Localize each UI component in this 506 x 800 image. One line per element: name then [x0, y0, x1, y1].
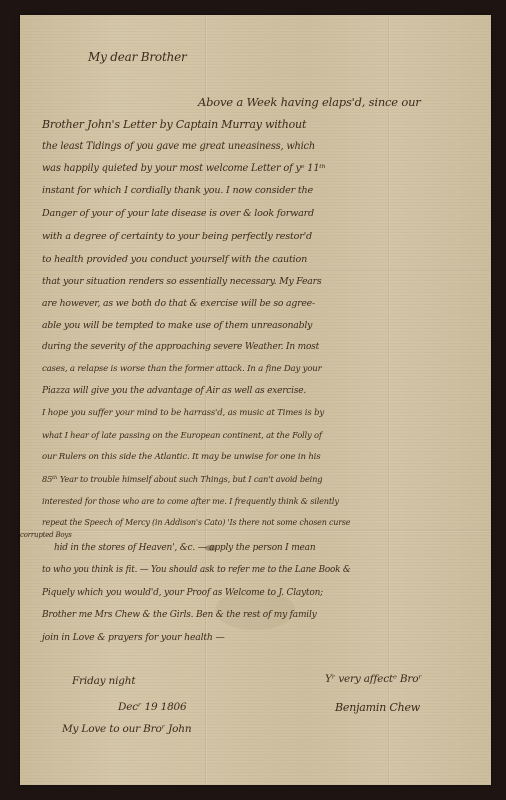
marginal-note: corrupted Boys [20, 531, 72, 539]
fold-line-vertical-2 [388, 15, 390, 785]
body-line: 85ᵗʰ Year to trouble himself about such … [42, 474, 322, 484]
body-line: interested for those who are to come aft… [42, 496, 339, 506]
dateline-date: Decʳ 19 1806 [118, 701, 187, 713]
fold-line-horizontal-2 [20, 530, 491, 532]
body-line: Brother me Mrs Chew & the Girls. Ben & t… [42, 610, 317, 620]
body-line: our Rulers on this side the Atlantic. It… [42, 452, 320, 462]
body-line: was happily quieted by your most welcome… [42, 163, 326, 174]
body-line: instant for which I cordially thank you.… [42, 185, 313, 196]
body-line: Piquely which you would'd, your Proof as… [42, 588, 323, 598]
body-line: what I hear of late passing on the Europ… [42, 430, 322, 440]
body-line: I hope you suffer your mind to be harras… [42, 408, 324, 418]
body-line: Piazza will give you the advantage of Ai… [42, 386, 306, 396]
dateline-day: Friday night [72, 675, 135, 687]
body-line: that your situation renders so essential… [42, 276, 321, 287]
fold-line-horizontal-1 [20, 270, 491, 272]
salutation: My dear Brother [88, 50, 187, 64]
body-line: to who you think is fit. — You should as… [42, 565, 350, 575]
body-line: are however, as we both do that & exerci… [42, 298, 315, 309]
body-line: able you will be tempted to make use of … [42, 320, 312, 331]
body-line: Danger of your of your late disease is o… [42, 208, 314, 219]
body-line: the least Tidings of you gave me great u… [42, 141, 315, 152]
postscript: My Love to our Broʳ John [62, 723, 191, 735]
body-line: Above a Week having elaps'd, since our [198, 95, 421, 109]
body-line: Brother John's Letter by Captain Murray … [42, 118, 306, 131]
signature: Benjamin Chew [335, 701, 420, 714]
body-line: with a degree of certainty to your being… [42, 231, 312, 242]
closing: Yʳ very affectᵉ Broʳ [325, 673, 422, 685]
body-line: hid in the stores of Heaven', &c. — appl… [54, 543, 315, 553]
body-line: join in Love & prayers for your health — [42, 632, 225, 643]
body-line: cases, a relapse is worse than the forme… [42, 364, 322, 374]
body-line: repeat the Speech of Mercy (in Addison's… [42, 518, 350, 527]
body-line: to health provided you conduct yourself … [42, 254, 307, 265]
body-line: during the severity of the approaching s… [42, 342, 319, 352]
letter-page: My dear Brother Above a Week having elap… [20, 15, 491, 785]
